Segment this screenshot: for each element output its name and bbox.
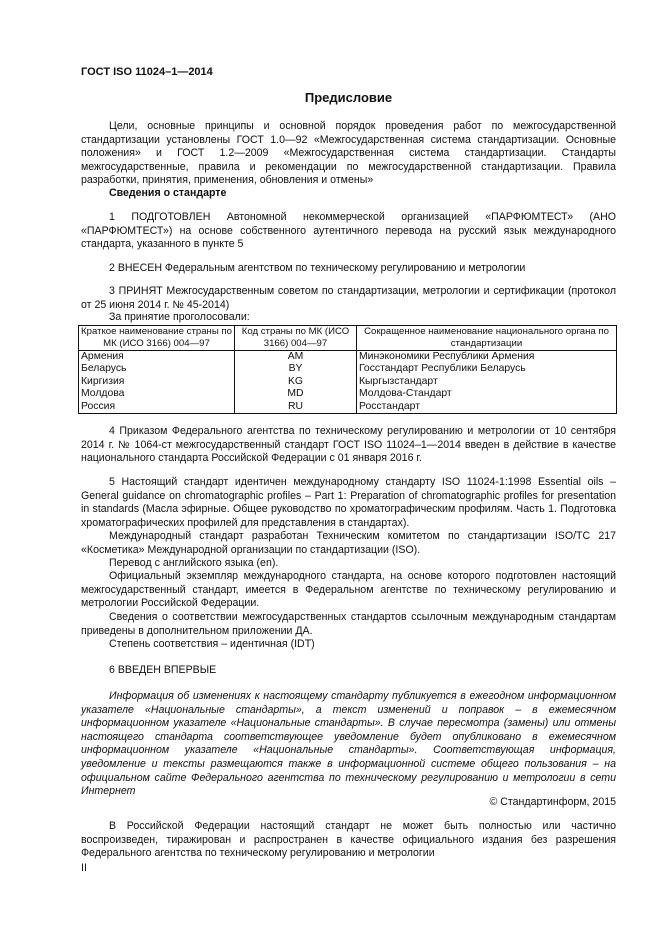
change-notice: Информация об изменениях к настоящему ст… [81,690,616,799]
code-cell: AM [235,351,357,364]
code-cell: RU [235,401,357,414]
item-3-paragraph: 3 ПРИНЯТ Межгосударственным советом по с… [81,285,616,312]
page-number: II [81,862,87,874]
table-row: Киргизия KG Кыргызстандарт [79,376,617,388]
table-row: Молдова MD Молдова-Стандарт [79,388,617,400]
table-header-row: Краткое наименование страны по МК (ИСО 3… [79,326,617,351]
country-cell: Киргизия [79,376,235,388]
copyright: © Стандартинформ, 2015 [81,796,616,810]
item-5-translation: Перевод с английского языка (en). [81,557,616,571]
item-5-committee: Международный стандарт разработан Технич… [81,530,616,557]
document-id-header: ГОСТ ISO 11024–1—2014 [81,66,213,78]
intro-paragraph: Цели, основные принципы и основной поряд… [81,120,616,188]
legal-notice: В Российской Федерации настоящий стандар… [81,820,616,861]
section-heading: Сведения о стандарте [81,187,616,201]
item-5-references: Сведения о соответствии межгосударственн… [81,611,616,638]
country-cell: Беларусь [79,363,235,375]
country-cell: Россия [79,401,235,414]
column-header: Сокращенное наименование национального о… [357,326,617,351]
voting-table: Краткое наименование страны по МК (ИСО 3… [78,325,617,414]
item-1-paragraph: 1 ПОДГОТОВЛЕН Автономной некоммерческой … [81,211,616,252]
table-row: Беларусь BY Госстандарт Республики Белар… [79,363,617,375]
code-cell: BY [235,363,357,375]
code-cell: KG [235,376,357,388]
item-6-paragraph: 6 ВВЕДЕН ВПЕРВЫЕ [81,664,616,678]
item-4-paragraph: 4 Приказом Федерального агентства по тех… [81,425,616,466]
page-title: Предисловие [81,90,616,105]
item-5-official-copy: Официальный экземпляр международного ста… [81,570,616,611]
code-cell: MD [235,388,357,400]
country-cell: Армения [79,351,235,364]
item-2-paragraph: 2 ВНЕСЕН Федеральным агентством по техни… [81,262,616,276]
column-header: Код страны по МК (ИСО 3166) 004—97 [235,326,357,351]
agency-cell: Молдова-Стандарт [357,388,617,400]
item-5-conformity: Степень соответствия – идентичная (IDT) [81,638,616,652]
agency-cell: Росстандарт [357,401,617,414]
agency-cell: Минэкономики Республики Армения [357,351,617,364]
agency-cell: Кыргызстандарт [357,376,617,388]
item-5-paragraph: 5 Настоящий стандарт идентичен междунаро… [81,476,616,530]
column-header: Краткое наименование страны по МК (ИСО 3… [79,326,235,351]
voted-label: За принятие проголосовали: [81,311,616,325]
agency-cell: Госстандарт Республики Беларусь [357,363,617,375]
table-row: Россия RU Росстандарт [79,401,617,414]
table-row: Армения AM Минэкономики Республики Армен… [79,351,617,364]
country-cell: Молдова [79,388,235,400]
